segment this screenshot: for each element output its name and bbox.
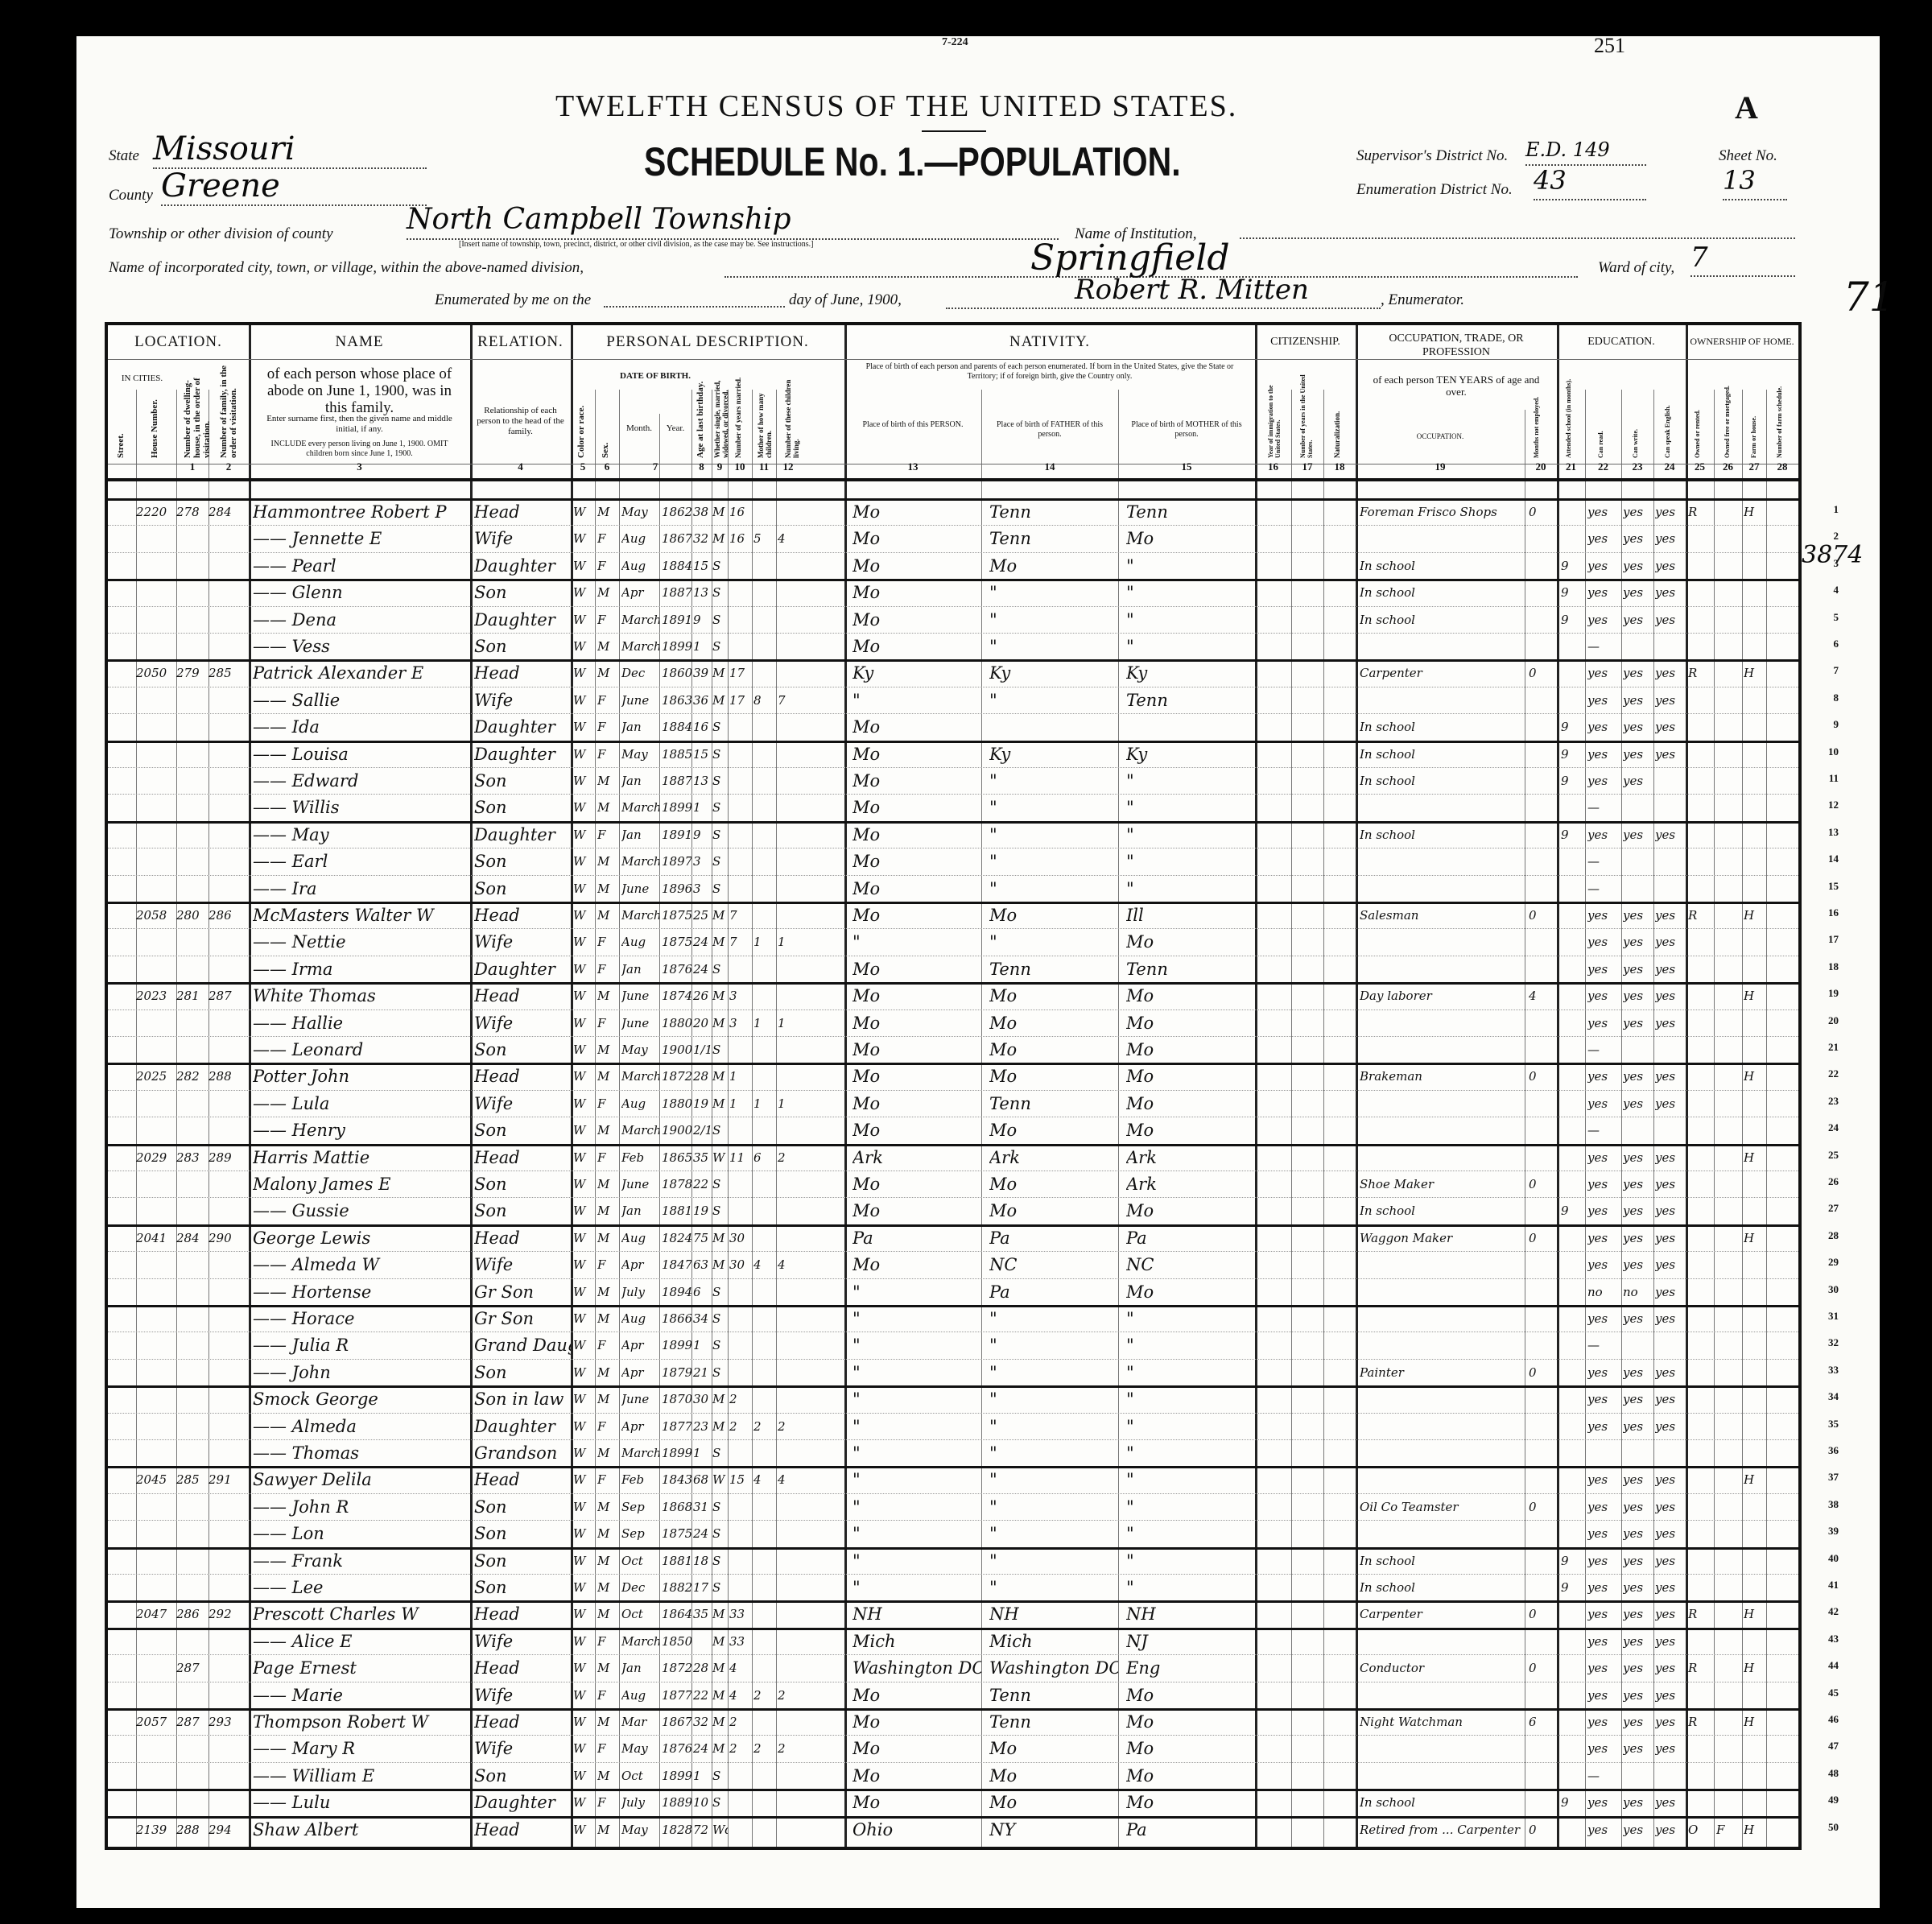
line-number: 40 <box>1828 1552 1839 1565</box>
birthplace-cell: Mo <box>852 1199 981 1223</box>
line-number: 33 <box>1828 1364 1839 1377</box>
table-row: —— NettieWifeWFAug187524M711""Moyesyesye… <box>108 928 1798 955</box>
header-nativity: NATIVITY. <box>844 335 1255 349</box>
farm-house-cell: H <box>1744 1226 1766 1250</box>
relation-cell: Head <box>474 1818 571 1842</box>
can-speak-english-cell: yes <box>1655 1710 1686 1734</box>
age-cell: 3 <box>693 849 712 873</box>
birthplace-cell: Mo <box>852 823 981 847</box>
occupation-cell: Waggon Maker <box>1360 1226 1525 1250</box>
marital-status-cell: S <box>712 1118 728 1142</box>
birthplace-cell: Ky <box>852 661 981 685</box>
color-cell: W <box>573 1280 595 1304</box>
dwelling-number-cell: 281 <box>176 984 208 1008</box>
relation-cell: Head <box>474 1656 571 1680</box>
birth-month-cell: July <box>621 1790 659 1815</box>
can-speak-english-cell: yes <box>1655 688 1686 712</box>
can-read-cell: yes <box>1587 1710 1621 1734</box>
age-cell: 32 <box>693 1710 712 1734</box>
ward-field: 7 <box>1690 242 1795 277</box>
father-birthplace-cell: " <box>989 1521 1118 1546</box>
enumeration-field: 43 <box>1534 165 1646 200</box>
table-row: 2057287293Thompson Robert WHeadWMMar1867… <box>108 1708 1798 1735</box>
can-speak-english-cell: yes <box>1655 1146 1686 1170</box>
header-street: Street. <box>116 414 126 458</box>
marital-status-cell: M <box>712 1387 728 1411</box>
table-row: —— Jennette EWifeWFAug186732M1654MoTennM… <box>108 525 1798 551</box>
school-months-cell: 9 <box>1561 715 1585 739</box>
months-unemployed-cell: 0 <box>1529 1360 1557 1385</box>
can-read-cell: yes <box>1587 742 1621 766</box>
mother-of-cell: 4 <box>753 1253 776 1277</box>
can-read-cell: — <box>1587 1764 1621 1788</box>
months-unemployed-cell: 0 <box>1529 1172 1557 1196</box>
farm-house-cell: H <box>1744 1818 1766 1842</box>
header-name: NAME <box>249 335 470 349</box>
birth-month-cell: Jan <box>621 769 659 793</box>
header-ownership: OWNERSHIP OF HOME. <box>1686 335 1798 349</box>
table-row: —— MarieWifeWFAug187722M422MoTennMoyesye… <box>108 1682 1798 1708</box>
relation-cell: Daughter <box>474 742 571 766</box>
table-row: —— IrmaDaughterWFJan187624SMoTennTennyes… <box>108 956 1798 982</box>
can-read-cell: yes <box>1587 1064 1621 1088</box>
age-cell: 39 <box>693 661 712 685</box>
line-number: 2 <box>1834 530 1839 543</box>
father-birthplace-cell: Mo <box>989 1011 1118 1035</box>
sex-cell: M <box>597 1038 619 1062</box>
mother-birthplace-cell: NH <box>1126 1602 1255 1626</box>
years-married-cell: 15 <box>729 1468 752 1492</box>
table-row: 2041284290George LewisHeadWMAug182475M30… <box>108 1224 1798 1251</box>
can-write-cell: yes <box>1623 1468 1653 1492</box>
col-num-20: 20 <box>1525 460 1557 473</box>
can-speak-english-cell: yes <box>1655 1602 1686 1626</box>
father-birthplace-cell: Tenn <box>989 1683 1118 1707</box>
table-row: 287Page ErnestHeadWMJan187228M4Washingto… <box>108 1654 1798 1681</box>
col-num-4: 4 <box>470 460 571 473</box>
birthplace-cell: Mo <box>852 1118 981 1142</box>
birth-year-cell: 1885 <box>662 742 691 766</box>
relation-cell: Son <box>474 795 571 820</box>
birth-month-cell: June <box>621 877 659 901</box>
marital-status-cell: S <box>712 1280 728 1304</box>
birthplace-cell: Mo <box>852 500 981 524</box>
relation-cell: Daughter <box>474 715 571 739</box>
sex-cell: M <box>597 1549 619 1573</box>
mother-birthplace-cell: " <box>1126 1333 1255 1357</box>
birth-year-cell: 1872 <box>662 1656 691 1680</box>
person-name-cell: Malony James E <box>253 1172 470 1196</box>
birthplace-cell: Mo <box>852 580 981 605</box>
father-birthplace-cell: " <box>989 608 1118 632</box>
birthplace-cell: Mich <box>852 1629 981 1654</box>
person-name-cell: —— Henry <box>253 1118 470 1142</box>
person-name-cell: Smock George <box>253 1387 470 1411</box>
color-cell: W <box>573 1602 595 1626</box>
relation-cell: Son <box>474 1038 571 1062</box>
person-name-cell: Hammontree Robert P <box>253 500 470 524</box>
can-speak-english-cell: yes <box>1655 1307 1686 1331</box>
can-read-cell: yes <box>1587 1092 1621 1116</box>
mother-birthplace-cell: Mo <box>1126 1064 1255 1088</box>
can-speak-english-cell: yes <box>1655 984 1686 1008</box>
sex-cell: F <box>597 823 619 847</box>
birth-month-cell: March <box>621 849 659 873</box>
color-cell: W <box>573 1092 595 1116</box>
birth-month-cell: Jan <box>621 715 659 739</box>
can-speak-english-cell: yes <box>1655 930 1686 954</box>
can-write-cell: yes <box>1623 742 1653 766</box>
person-name-cell: —— Dena <box>253 608 470 632</box>
can-speak-english-cell: yes <box>1655 1199 1686 1223</box>
age-cell: 35 <box>693 1146 712 1170</box>
can-read-cell: yes <box>1587 580 1621 605</box>
header-occupation: OCCUPATION, TRADE, OR PROFESSION <box>1356 332 1557 359</box>
mother-birthplace-cell: Eng <box>1126 1656 1255 1680</box>
months-unemployed-cell: 0 <box>1529 903 1557 927</box>
header-family: Number of family, in the order of visita… <box>219 365 243 458</box>
birthplace-cell: Mo <box>852 849 981 873</box>
birth-month-cell: July <box>621 1280 659 1304</box>
birth-month-cell: May <box>621 1818 659 1842</box>
birth-year-cell: 1881 <box>662 1199 691 1223</box>
owned-rented-cell: R <box>1688 1656 1714 1680</box>
table-row: —— LouisaDaughterWFMay188515SMoKyKyIn sc… <box>108 741 1798 767</box>
relation-cell: Daughter <box>474 608 571 632</box>
header-can-write: Can write. <box>1632 406 1639 458</box>
sex-cell: F <box>597 1092 619 1116</box>
line-number: 10 <box>1828 745 1839 758</box>
relation-cell: Son <box>474 580 571 605</box>
sex-cell: M <box>597 1521 619 1546</box>
mother-birthplace-cell: " <box>1126 1387 1255 1411</box>
birth-year-cell: 1882 <box>662 1575 691 1600</box>
children-living-cell: 4 <box>778 1253 800 1277</box>
mother-of-cell: 8 <box>753 688 776 712</box>
table-row: —— EdwardSonWMJan188713SMo""In school9ye… <box>108 767 1798 794</box>
color-cell: W <box>573 1253 595 1277</box>
person-name-cell: —— William E <box>253 1764 470 1788</box>
marital-status-cell: M <box>712 1064 728 1088</box>
can-write-cell: yes <box>1623 1710 1653 1734</box>
can-write-cell: yes <box>1623 1736 1653 1761</box>
can-speak-english-cell: yes <box>1655 1656 1686 1680</box>
line-number: 4 <box>1834 584 1839 597</box>
header-farm-schedule: Number of farm schedule. <box>1776 374 1783 458</box>
birthplace-cell: Mo <box>852 608 981 632</box>
enumerated-month-label: day of June, 1900, <box>789 291 902 309</box>
father-birthplace-cell: Mo <box>989 554 1118 578</box>
person-name-cell: —— Edward <box>253 769 470 793</box>
age-cell: 31 <box>693 1495 712 1519</box>
children-living-cell: 1 <box>778 1011 800 1035</box>
birth-month-cell: Apr <box>621 1360 659 1385</box>
can-write-cell: yes <box>1623 1549 1653 1573</box>
age-cell: 68 <box>693 1468 712 1492</box>
can-speak-english-cell: yes <box>1655 1575 1686 1600</box>
mother-birthplace-cell: Ky <box>1126 742 1255 766</box>
years-married-cell: 11 <box>729 1146 752 1170</box>
color-cell: W <box>573 1656 595 1680</box>
father-birthplace-cell: " <box>989 930 1118 954</box>
table-row: Malony James ESonWMJune187822SMoMoArkSho… <box>108 1171 1798 1197</box>
line-number: 24 <box>1828 1121 1839 1134</box>
line-number: 12 <box>1828 799 1839 811</box>
sex-cell: M <box>597 795 619 820</box>
can-write-cell: yes <box>1623 608 1653 632</box>
can-speak-english-cell: yes <box>1655 1549 1686 1573</box>
father-birthplace-cell: Washington DC <box>989 1656 1118 1680</box>
marital-status-cell: S <box>712 849 728 873</box>
occupation-cell: In school <box>1360 1575 1525 1600</box>
sex-cell: M <box>597 1118 619 1142</box>
age-cell: 22 <box>693 1172 712 1196</box>
birth-month-cell: Apr <box>621 1414 659 1439</box>
farm-house-cell: H <box>1744 1656 1766 1680</box>
family-number-cell: 293 <box>208 1710 249 1734</box>
age-cell: 22 <box>693 1683 712 1707</box>
enumerated-day-field <box>604 290 785 308</box>
birth-year-cell: 1896 <box>662 877 691 901</box>
person-name-cell: Patrick Alexander E <box>253 661 470 685</box>
table-row: Smock GeorgeSon in lawWMJune187030M2"""y… <box>108 1385 1798 1412</box>
can-speak-english-cell: yes <box>1655 1468 1686 1492</box>
color-cell: W <box>573 1790 595 1815</box>
header-birth-father: Place of birth of FATHER of this person. <box>989 420 1110 440</box>
person-name-cell: —— Earl <box>253 849 470 873</box>
months-unemployed-cell: 0 <box>1529 1064 1557 1088</box>
marital-status-cell: S <box>712 1441 728 1465</box>
father-birthplace-cell: Mo <box>989 1172 1118 1196</box>
birth-month-cell: Apr <box>621 1253 659 1277</box>
can-speak-english-cell: yes <box>1655 1226 1686 1250</box>
birth-month-cell: March <box>621 634 659 659</box>
table-row: —— HallieWifeWFJune188020M311MoMoMoyesye… <box>108 1009 1798 1036</box>
occupation-cell: In school <box>1360 742 1525 766</box>
header-citizenship: CITIZENSHIP. <box>1255 335 1356 349</box>
mother-of-cell: 4 <box>753 1468 776 1492</box>
sex-cell: M <box>597 1387 619 1411</box>
father-birthplace-cell: Mo <box>989 1790 1118 1815</box>
birth-month-cell: March <box>621 795 659 820</box>
years-married-cell: 17 <box>729 661 752 685</box>
color-cell: W <box>573 1683 595 1707</box>
father-birthplace-cell: NH <box>989 1602 1118 1626</box>
can-write-cell: yes <box>1623 1521 1653 1546</box>
free-mortgaged-cell: F <box>1716 1818 1742 1842</box>
color-cell: W <box>573 1414 595 1439</box>
can-read-cell: — <box>1587 1038 1621 1062</box>
line-number: 20 <box>1828 1014 1839 1027</box>
can-write-cell: yes <box>1623 554 1653 578</box>
relation-cell: Daughter <box>474 823 571 847</box>
mother-birthplace-cell: " <box>1126 580 1255 605</box>
col-num-7: 7 <box>619 460 691 473</box>
father-birthplace-cell: " <box>989 1441 1118 1465</box>
father-birthplace-cell: " <box>989 1333 1118 1357</box>
can-write-cell: yes <box>1623 1092 1653 1116</box>
header-free-mortgaged: Owned free or mortgaged. <box>1724 374 1731 458</box>
header-can-speak-english: Can speak English. <box>1664 382 1671 458</box>
marital-status-cell: M <box>712 1736 728 1761</box>
person-name-cell: —— Glenn <box>253 580 470 605</box>
mother-birthplace-cell: " <box>1126 795 1255 820</box>
age-cell: 6 <box>693 1280 712 1304</box>
table-row: —— Mary RWifeWFMay187624M222MoMoMoyesyes… <box>108 1735 1798 1761</box>
can-read-cell: yes <box>1587 554 1621 578</box>
header-marital: Whether single, married, widowed, or div… <box>713 365 728 458</box>
birth-year-cell: 1862 <box>662 500 691 524</box>
birth-year-cell: 1876 <box>662 1736 691 1761</box>
age-cell: 25 <box>693 903 712 927</box>
person-name-cell: —— Irma <box>253 957 470 981</box>
farm-house-cell: H <box>1744 984 1766 1008</box>
can-write-cell: yes <box>1623 1307 1653 1331</box>
line-number: 39 <box>1828 1525 1839 1538</box>
school-months-cell: 9 <box>1561 1790 1585 1815</box>
birth-month-cell: March <box>621 1629 659 1654</box>
marital-status-cell: S <box>712 795 728 820</box>
header-name-desc: of each person whose place of abode on J… <box>261 365 458 416</box>
mother-birthplace-cell: " <box>1126 1441 1255 1465</box>
can-write-cell: yes <box>1623 1146 1653 1170</box>
occupation-cell: Night Watchman <box>1360 1710 1525 1734</box>
father-birthplace-cell: Mo <box>989 1118 1118 1142</box>
birthplace-cell: " <box>852 1575 981 1600</box>
marital-status-cell: M <box>712 1253 728 1277</box>
birthplace-cell: Mo <box>852 1790 981 1815</box>
birth-year-cell: 1877 <box>662 1414 691 1439</box>
sex-cell: F <box>597 554 619 578</box>
house-number-cell: 2050 <box>136 661 176 685</box>
can-speak-english-cell: yes <box>1655 1011 1686 1035</box>
occupation-cell: Retired from ... Carpenter <box>1360 1818 1525 1842</box>
owned-rented-cell: R <box>1688 500 1714 524</box>
birthplace-cell: " <box>852 930 981 954</box>
house-number-cell: 2029 <box>136 1146 176 1170</box>
header-birth-mother: Place of birth of MOTHER of this person. <box>1126 420 1247 440</box>
occupation-cell: In school <box>1360 1549 1525 1573</box>
person-name-cell: Prescott Charles W <box>253 1602 470 1626</box>
can-read-cell: yes <box>1587 1495 1621 1519</box>
sex-cell: M <box>597 1226 619 1250</box>
dwelling-number-cell: 283 <box>176 1146 208 1170</box>
mother-birthplace-cell: " <box>1126 769 1255 793</box>
mother-birthplace-cell: Pa <box>1126 1226 1255 1250</box>
line-number: 9 <box>1834 718 1839 731</box>
marital-status-cell: S <box>712 1333 728 1357</box>
father-birthplace-cell: " <box>989 1468 1118 1492</box>
person-name-cell: —— Nettie <box>253 930 470 954</box>
can-speak-english-cell: yes <box>1655 526 1686 551</box>
relation-cell: Wife <box>474 1736 571 1761</box>
marital-status-cell: S <box>712 1360 728 1385</box>
can-read-cell: yes <box>1587 1629 1621 1654</box>
occupation-cell: In school <box>1360 769 1525 793</box>
birth-year-cell: 1867 <box>662 1710 691 1734</box>
relation-cell: Wife <box>474 1629 571 1654</box>
age-cell: 10 <box>693 1790 712 1815</box>
table-row: —— IdaDaughterWFJan188416SMoIn school9ye… <box>108 713 1798 740</box>
birth-year-cell: 1872 <box>662 1064 691 1088</box>
birthplace-cell: Mo <box>852 1038 981 1062</box>
birth-year-cell: 1876 <box>662 957 691 981</box>
birthplace-cell: " <box>852 1549 981 1573</box>
age-cell: 15 <box>693 742 712 766</box>
sex-cell: F <box>597 1790 619 1815</box>
can-write-cell: yes <box>1623 1790 1653 1815</box>
months-unemployed-cell: 6 <box>1529 1710 1557 1734</box>
birthplace-cell: Mo <box>852 957 981 981</box>
person-name-cell: —— Ida <box>253 715 470 739</box>
school-months-cell: 9 <box>1561 554 1585 578</box>
mother-birthplace-cell: " <box>1126 1575 1255 1600</box>
school-months-cell: 9 <box>1561 1199 1585 1223</box>
col-num-28: 28 <box>1766 460 1798 473</box>
person-name-cell: —— Thomas <box>253 1441 470 1465</box>
can-read-cell: yes <box>1587 715 1621 739</box>
birth-month-cell: Jan <box>621 1656 659 1680</box>
father-birthplace-cell: " <box>989 634 1118 659</box>
occupation-cell: Day laborer <box>1360 984 1525 1008</box>
person-name-cell: —— Sallie <box>253 688 470 712</box>
age-cell: 24 <box>693 930 712 954</box>
mother-birthplace-cell: NJ <box>1126 1629 1255 1654</box>
can-read-cell: yes <box>1587 1656 1621 1680</box>
farm-house-cell: H <box>1744 1468 1766 1492</box>
birth-year-cell: 1887 <box>662 769 691 793</box>
age-cell: 17 <box>693 1575 712 1600</box>
table-row: —— PearlDaughterWFAug188415SMoMo"In scho… <box>108 552 1798 579</box>
years-married-cell: 7 <box>729 930 752 954</box>
mother-birthplace-cell: Mo <box>1126 1710 1255 1734</box>
line-number: 32 <box>1828 1336 1839 1349</box>
marital-status-cell: S <box>712 1549 728 1573</box>
relation-cell: Grand Daughter <box>474 1333 571 1357</box>
birth-year-cell: 1894 <box>662 1280 691 1304</box>
birth-month-cell: Oct <box>621 1764 659 1788</box>
color-cell: W <box>573 1307 595 1331</box>
age-cell: 1/12 <box>693 1038 712 1062</box>
father-birthplace-cell: Ky <box>989 742 1118 766</box>
mother-birthplace-cell: " <box>1126 608 1255 632</box>
farm-house-cell: H <box>1744 1710 1766 1734</box>
marital-status-cell: M <box>712 1011 728 1035</box>
farm-house-cell: H <box>1744 1602 1766 1626</box>
col-num-22: 22 <box>1585 460 1621 473</box>
marital-status-cell: W <box>712 1146 728 1170</box>
father-birthplace-cell: Tenn <box>989 500 1118 524</box>
birth-year-cell: 1880 <box>662 1011 691 1035</box>
sex-cell: M <box>597 1441 619 1465</box>
can-speak-english-cell: yes <box>1655 1172 1686 1196</box>
birthplace-cell: Mo <box>852 984 981 1008</box>
marital-status-cell: M <box>712 1092 728 1116</box>
person-name-cell: McMasters Walter W <box>253 903 470 927</box>
line-number: 22 <box>1828 1067 1839 1080</box>
col-num-21: 21 <box>1557 460 1585 473</box>
mother-of-cell: 2 <box>753 1736 776 1761</box>
relation-cell: Son <box>474 1199 571 1223</box>
line-number: 42 <box>1828 1605 1839 1618</box>
family-number-cell: 285 <box>208 661 249 685</box>
family-number-cell: 291 <box>208 1468 249 1492</box>
col-num-8: 8 <box>691 460 712 473</box>
birth-month-cell: May <box>621 1736 659 1761</box>
marital-status-cell: S <box>712 634 728 659</box>
years-married-cell: 2 <box>729 1710 752 1734</box>
line-number: 41 <box>1828 1579 1839 1592</box>
